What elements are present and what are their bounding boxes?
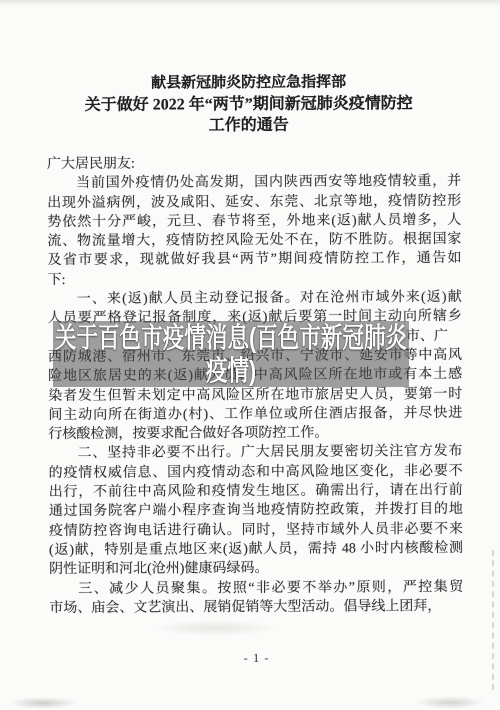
- watermark-line1: 关于百色市疫情消息(百色市新冠肺炎: [39, 321, 424, 354]
- doc-line: 流、物流量增大，疫情防控风险无处不在，防不胜防。根据国家: [47, 230, 461, 251]
- doc-line: 及省市要求，现就做好我县“两节”期间疫情防控工作，通告如: [47, 249, 461, 270]
- doc-line: 的疫情权威信息、国内疫情动态和中高风险地区变化，非必要不: [49, 462, 463, 483]
- doc-line: 势依然十分严峻，元旦、春节将至，外地来(返)献人员增多，人: [47, 211, 461, 232]
- doc-line: 间主动向所在街道办(村)、工作单位或所住酒店报备，并尽快进: [48, 404, 462, 425]
- doc-line: 一、来(返)献人员主动登记报备。对在沧州市域外来(返)献: [48, 288, 462, 309]
- doc-line: 二、坚持非必要不出行。广大居民朋友要密切关注官方发布: [48, 442, 462, 463]
- title-line-issuer: 献县新冠肺炎防控应急指挥部: [0, 72, 499, 96]
- doc-line: 出行，不前往中高风险和疫情发生地区。确需出行，请在出行前: [49, 481, 463, 502]
- doc-line: 染者发生但暂未划定中高风险区所在地市旅居史人员，要第一时: [48, 384, 462, 405]
- doc-line: (返)献，特别是重点地区来(返)献人员，需持 48 小时内核酸检测: [49, 539, 463, 560]
- title-line-subject: 关于做好 2022 年“两节”期间新冠肺炎疫情防控: [0, 93, 499, 117]
- scanned-notice-photo: 献县新冠肺炎防控应急指挥部 关于做好 2022 年“两节”期间新冠肺炎疫情防控 …: [0, 0, 500, 710]
- watermark-line2: 疫情): [39, 354, 424, 387]
- watermark-band: 关于百色市疫情消息(百色市新冠肺炎 疫情): [53, 321, 409, 387]
- doc-line: 市场、庙会、文艺演出、展销促销等大型活动。倡导线上团拜，: [49, 597, 463, 618]
- doc-line: 当前国外疫情仍处高发期，国内陕西西安等地疫情较重，并: [47, 172, 461, 193]
- doc-line: 行核酸检测，按要求配合做好各项防控工作。: [48, 423, 462, 444]
- watermark-text: 关于百色市疫情消息(百色市新冠肺炎 疫情): [0, 321, 481, 387]
- doc-line: 通过国务院客户端小程序查询当地疫情防控政策，并拨打目的地: [49, 500, 463, 521]
- doc-line: 广大居民朋友:: [47, 153, 461, 174]
- doc-line: 下:: [48, 269, 462, 290]
- title-line-type: 工作的通告: [0, 114, 499, 138]
- paper-right-edge-dashes: [492, 550, 494, 690]
- doc-line: 阴性证明和河北(沧州)健康码绿码。: [49, 558, 463, 579]
- doc-line: 三、减少人员聚集。按照“非必要不举办”原则，严控集贸: [49, 577, 463, 598]
- notice-title: 献县新冠肺炎防控应急指挥部 关于做好 2022 年“两节”期间新冠肺炎疫情防控 …: [0, 72, 499, 138]
- doc-line: 出现外溢病例，波及咸阳、延安、东莞、北京等地，疫情防控形: [47, 191, 461, 212]
- doc-line: 疫情防控咨询电话进行确认。同时，坚持市域外人员非必要不来: [49, 520, 463, 541]
- page-number: - 1 -: [50, 650, 464, 667]
